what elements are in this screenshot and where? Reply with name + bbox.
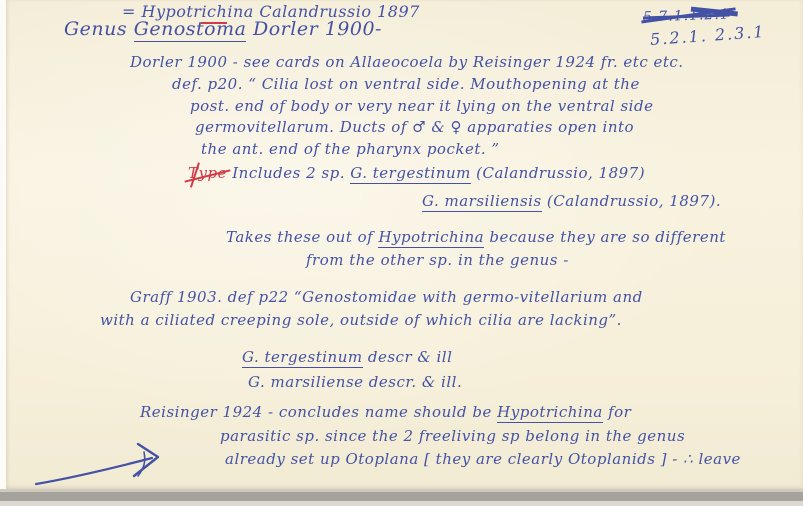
handwritten-line: Dorler 1900 - see cards on Allaeocoela b…	[130, 55, 684, 71]
handwritten-line: parasitic sp. since the 2 freeliving sp …	[220, 429, 685, 445]
handwritten-line: germovitellarum. Ducts of ♂ & ♀ apparati…	[195, 120, 634, 136]
handwritten-line: Type Includes 2 sp. G. tergestinum (Cala…	[188, 166, 645, 182]
text-segment: the ant. end of the pharynx pocket. ”	[201, 140, 500, 158]
text-segment: parasitic sp. since the 2 freeliving sp …	[220, 427, 685, 445]
text-segment: Hypotrichina	[497, 403, 603, 423]
handwritten-line: G. marsiliense descr. & ill.	[248, 375, 462, 391]
text-segment: germovitellarum. Ducts of ♂ & ♀ apparati…	[195, 118, 634, 136]
text-segment: Genostoma	[134, 18, 247, 42]
text-segment: already set up Otoplana [ they are clear…	[225, 450, 741, 468]
scanner-strip	[0, 492, 803, 501]
handwritten-line: post. end of body or very near it lying …	[190, 99, 653, 115]
text-segment: Dorler 1900 - see cards on Allaeocoela b…	[130, 53, 684, 71]
index-card: 5.7.1.1.2.1 5.2.1. 2.3.1 = Hypotrichina …	[6, 0, 803, 489]
handwritten-line: Takes these out of Hypotrichina because …	[226, 230, 726, 246]
text-segment: Type	[188, 166, 227, 182]
text-segment: (Calandrussio, 1897)	[471, 164, 645, 182]
text-segment: Takes these out of	[226, 228, 378, 246]
text-segment: G. marsiliensis	[422, 192, 542, 212]
text-segment: def. p20. “ Cilia lost on ventral side. …	[172, 75, 640, 93]
handwritten-line: already set up Otoplana [ they are clear…	[225, 452, 741, 468]
handwritten-line: Genus Genostoma Dorler 1900-	[64, 20, 382, 40]
text-segment: because they are so different	[484, 228, 726, 246]
text-segment: G. tergestinum	[350, 164, 471, 184]
scanner-strip	[0, 501, 803, 506]
scanned-index-card: 5.7.1.1.2.1 5.2.1. 2.3.1 = Hypotrichina …	[0, 0, 803, 506]
text-segment: with a ciliated creeping sole, outside o…	[100, 311, 622, 329]
text-segment: for	[603, 403, 632, 421]
crossed-out-number: 5.7.1.1.2.1	[643, 6, 730, 25]
handwritten-line: Reisinger 1924 - concludes name should b…	[140, 405, 631, 421]
text-segment: (Calandrussio, 1897).	[542, 192, 721, 210]
handwritten-line: with a ciliated creeping sole, outside o…	[100, 313, 622, 329]
handwritten-line: G. tergestinum descr & ill	[242, 350, 452, 366]
handwritten-line: the ant. end of the pharynx pocket. ”	[201, 142, 500, 158]
handwritten-line: from the other sp. in the genus -	[306, 253, 569, 269]
text-segment: G. marsiliense descr. & ill.	[248, 373, 462, 391]
handwritten-line: Graff 1903. def p22 “Genostomidae with g…	[130, 290, 643, 306]
text-segment: G. tergestinum	[242, 348, 363, 368]
text-segment: Genus	[64, 18, 134, 40]
text-segment: descr & ill	[363, 348, 453, 366]
text-segment: Dorler 1900-	[246, 18, 382, 40]
text-segment: from the other sp. in the genus -	[306, 251, 569, 269]
text-segment: Includes 2 sp.	[227, 164, 350, 182]
text-segment: Graff 1903. def p22 “Genostomidae with g…	[130, 288, 643, 306]
text-segment: post. end of body or very near it lying …	[190, 97, 653, 115]
handwritten-line: def. p20. “ Cilia lost on ventral side. …	[172, 77, 640, 93]
classification-number: 5.2.1. 2.3.1	[649, 22, 766, 49]
text-segment: Hypotrichina	[378, 228, 484, 248]
text-segment: Reisinger 1924 - concludes name should b…	[140, 403, 497, 421]
handwritten-line: G. marsiliensis (Calandrussio, 1897).	[422, 194, 721, 210]
scan-edge-left	[0, 0, 6, 489]
